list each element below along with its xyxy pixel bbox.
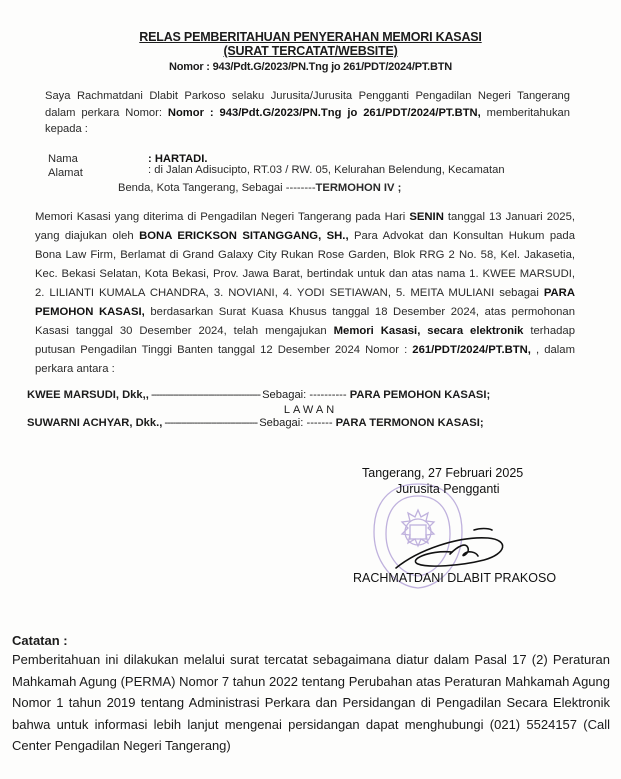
address-line-2: Benda, Kota Tangerang, Sebagai --------T… <box>118 182 401 194</box>
party-applicant: KWEE MARSUDI, Dkk,, --------------------… <box>27 389 490 401</box>
address-label: Alamat <box>48 167 83 179</box>
intro-paragraph: Saya Rachmatdani Dlabit Parkoso selaku J… <box>45 88 570 138</box>
versus-label: LAWAN <box>0 404 621 416</box>
signature-name: RACHMATDANI DLABIT PRAKOSO <box>353 571 556 585</box>
recipient-role: TERMOHON IV ; <box>316 182 402 194</box>
signature-title: Jurusita Pengganti <box>396 482 500 496</box>
party-respondent: SUWARNI ACHYAR, Dkk., ------------------… <box>27 417 484 429</box>
document-page: RELAS PEMBERITAHUAN PENYERAHAN MEMORI KA… <box>0 0 621 779</box>
name-label: Nama <box>48 153 78 165</box>
memori-paragraph: Memori Kasasi yang diterima di Pengadila… <box>35 208 575 379</box>
document-title: RELAS PEMBERITAHUAN PENYERAHAN MEMORI KA… <box>0 30 621 44</box>
note-body: Pemberitahuan ini dilakukan melalui sura… <box>12 649 610 757</box>
intro-case-number: Nomor : 943/Pdt.G/2023/PN.Tng jo 261/PDT… <box>168 107 481 119</box>
signature-place-date: Tangerang, 27 Februari 2025 <box>362 466 523 480</box>
document-subtitle: (SURAT TERCATAT/WEBSITE) <box>0 44 621 58</box>
address-line-1: : di Jalan Adisucipto, RT.03 / RW. 05, K… <box>148 162 568 179</box>
handwritten-signature-icon <box>388 524 518 574</box>
advocate-name: BONA ERICKSON SITANGGANG, SH., <box>139 230 348 242</box>
note-label: Catatan : <box>12 633 68 648</box>
case-number: Nomor : 943/Pdt.G/2023/PN.Tng jo 261/PDT… <box>0 61 621 73</box>
